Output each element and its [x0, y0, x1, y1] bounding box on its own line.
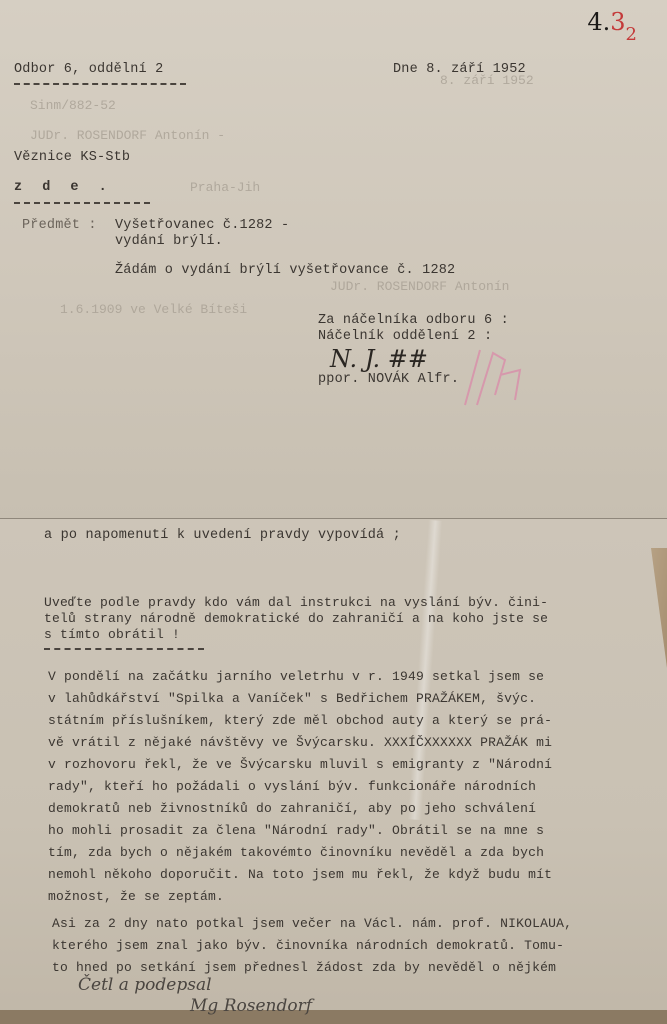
answer-line: v lahůdkářství "Spilka a Vaníček" s Bedř… — [48, 691, 536, 706]
folder-edge — [0, 1010, 667, 1024]
page-number: 4.32 — [587, 8, 637, 36]
answer-line: rady", kteří ho požádali o vyslání býv. … — [48, 779, 536, 794]
handwritten-read-and-signed: Četl a podepsal — [78, 975, 212, 995]
answer-line: vě vrátil z nějaké návštěvy ve Švýcarsku… — [48, 735, 552, 750]
heading-underline — [14, 83, 186, 85]
page-number-red-sub: 2 — [626, 24, 637, 45]
recipient-line-1: Věznice KS-Stb — [14, 150, 130, 165]
answer-line: tím, zda bych o nějakém takovémto činovn… — [48, 845, 544, 860]
bleed-name2: JUDr. ROSENDORF Antonín — [330, 279, 509, 294]
department-heading: Odbor 6, oddělní 2 — [14, 62, 163, 77]
bleed-ref: Sinm/882-52 — [30, 98, 116, 113]
signature-block-line-1: Za náčelníka odboru 6 : — [318, 313, 509, 328]
bleed-name: JUDr. ROSENDORF Antonín - — [30, 128, 225, 143]
question-line: s tímto obrátil ! — [44, 627, 180, 642]
handwritten-signature-rosendorf: Mg Rosendorf — [190, 996, 312, 1016]
subject-line-1: Vyšetřovanec č.1282 - — [115, 218, 289, 233]
subject-line-2: vydání brýlí. — [115, 234, 223, 249]
answer-line: státním příslušníkem, který zde měl obch… — [48, 713, 552, 728]
signatory-name: ppor. NOVÁK Alfr. — [318, 372, 459, 387]
request-text: Žádám o vydání brýlí vyšetřovance č. 128… — [115, 263, 455, 278]
answer-line: nemohl někoho doporučit. Na toto jsem mu… — [48, 867, 552, 882]
page-number-black: 4. — [587, 8, 610, 36]
signature-block-line-2: Náčelník oddělení 2 : — [318, 329, 492, 344]
bleed-addr: Praha-Jih — [190, 180, 260, 195]
pink-stamp-scrawl — [455, 345, 525, 415]
testimony-intro: a po napomenutí k uvedení pravdy vypovíd… — [44, 528, 401, 543]
answer-line: to hned po setkání jsem přednesl žádost … — [52, 960, 556, 975]
question-line: Uveďte podle pravdy kdo vám dal instrukc… — [44, 595, 548, 610]
subject-label: Předmět : — [22, 218, 97, 233]
answer-line: možnost, že se zeptám. — [48, 889, 224, 904]
answer-line: demokratů neb živnostníků do zahraničí, … — [48, 801, 536, 816]
answer-line: V pondělí na začátku jarního veletrhu v … — [48, 669, 544, 684]
answer-line: v rozhovoru řekl, že ve Švýcarsku mluvil… — [48, 757, 552, 772]
recipient-line-2: z d e . — [14, 180, 113, 195]
answer-line: kterého jsem znal jako býv. činovníka ná… — [52, 938, 564, 953]
document-date: Dne 8. září 1952 — [393, 62, 526, 77]
recipient-underline — [14, 202, 150, 204]
question-underline — [44, 648, 204, 650]
question-line: telů strany národně demokratické do zahr… — [44, 611, 548, 626]
answer-line: ho mohli prosadit za člena "Národní rady… — [48, 823, 544, 838]
answer-line: Asi za 2 dny nato potkal jsem večer na V… — [52, 916, 572, 931]
handwritten-signature-novak: N. J. ## — [330, 345, 428, 373]
bleed-birth: 1.6.1909 ve Velké Bíteši — [60, 302, 247, 317]
top-document-sheet — [0, 0, 667, 520]
page-number-red: 3 — [610, 8, 625, 36]
